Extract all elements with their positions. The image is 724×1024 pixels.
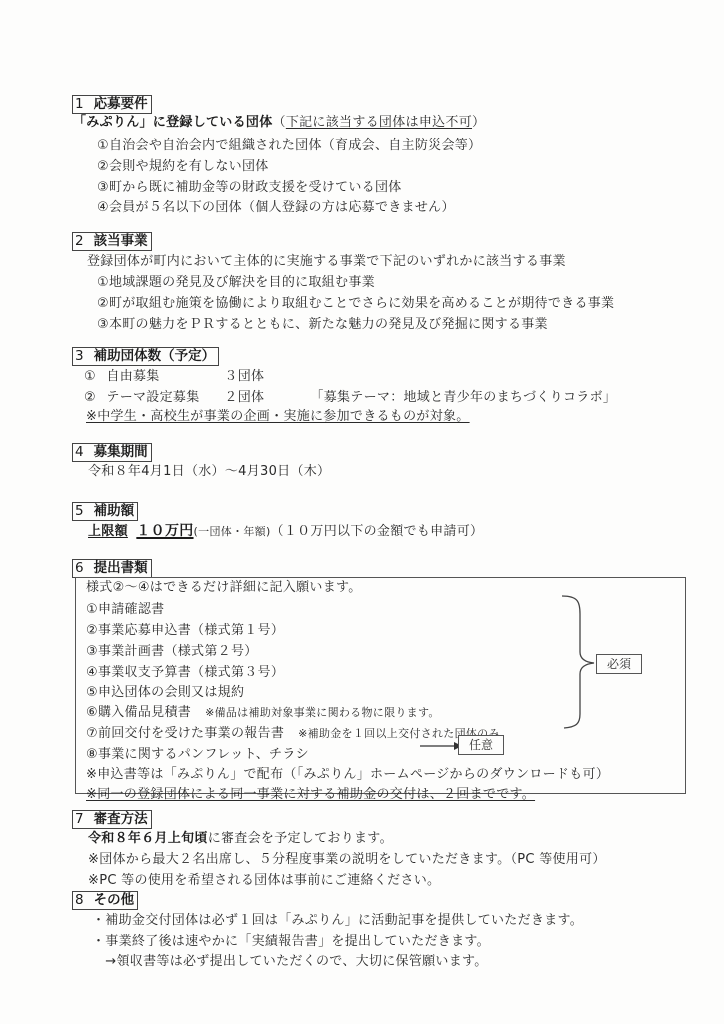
section-title: 募集期間	[94, 444, 148, 460]
document-note: ※備品は補助対象事業に関わる物に限ります。	[205, 706, 440, 719]
subsidy-amount: 上限額 １０万円(一団体・年額)（１０万円以下の金額でも申請可）	[88, 523, 483, 540]
section-number: 3	[75, 348, 84, 364]
section-number: 8	[75, 892, 84, 908]
section-2-lead: 登録団体が町内において主体的に実施する事業で下記のいずれかに該当する事業	[87, 253, 566, 270]
section-title: 審査方法	[94, 811, 148, 827]
section-number: 7	[75, 811, 84, 827]
review-schedule: 令和８年６月上旬頃に審査会を予定しております。	[88, 830, 393, 847]
section-title: その他	[94, 892, 135, 908]
section-number: 4	[75, 444, 84, 460]
row-theme: 「募集テーマ：地域と青少年のまちづくりコラボ」	[310, 390, 616, 405]
review-note: ※団体から最大２名出席し、５分程度事業の説明をしていただきます。（PC 等使用可…	[88, 851, 606, 868]
paren-close: ）	[472, 115, 485, 130]
section-number: 1	[75, 96, 84, 112]
document-item: ③事業計画書（様式第２号）	[86, 643, 258, 660]
document-item: ⑤申込団体の会則又は規約	[86, 684, 244, 701]
lead-note: 下記に該当する団体は申込不可	[286, 115, 472, 130]
row-marker: ①	[84, 369, 96, 384]
list-item: ②会則や規約を有しない団体	[97, 158, 269, 175]
list-item: ①自治会や自治会内で組織された団体（育成会、自主防災会等）	[97, 137, 481, 154]
section-1-lead: 「みぷりん」に登録している団体（下記に該当する団体は申込不可）	[73, 114, 485, 131]
document-text: ⑥購入備品見積書	[86, 705, 191, 720]
document-item: ⑧事業に関するパンフレット、チラシ	[86, 746, 309, 763]
section-number: 6	[75, 560, 84, 576]
list-item: ①地域課題の発見及び解決を目的に取組む事業	[97, 274, 375, 291]
other-bullet: ・事業終了後は速やかに「実績報告書」を提出していただきます。	[92, 933, 490, 950]
document-text: ⑦前回交付を受けた事業の報告書	[86, 726, 284, 741]
recruit-row-theme: ② テーマ設定募集２団体「募集テーマ：地域と青少年のまちづくりコラボ」	[84, 389, 616, 406]
list-item: ③町から既に補助金等の財政支援を受けている団体	[97, 179, 402, 196]
paren-open: （	[273, 115, 286, 130]
document-item: ④事業収支予算書（様式第３号）	[86, 664, 284, 681]
section-title: 該当事業	[94, 233, 148, 249]
row-count: ２団体	[224, 389, 310, 406]
row-label: 自由募集	[106, 368, 224, 385]
section-number: 5	[75, 503, 84, 519]
row-label: テーマ設定募集	[106, 389, 224, 406]
section-8-heading: 8その他	[72, 891, 138, 910]
document-item: ⑥購入備品見積書※備品は補助対象事業に関わる物に限ります。	[86, 704, 440, 721]
section-4-heading: 4募集期間	[72, 443, 152, 462]
list-item: ④会員が５名以下の団体（個人登録の方は応募できません）	[97, 199, 455, 216]
lead-bold: 「みぷりん」に登録している団体	[73, 115, 273, 130]
optional-tag: 任意	[458, 735, 504, 755]
other-bullet: ・補助金交付団体は必ず１回は「みぷりん」に活動記事を提供していただきます。	[92, 912, 583, 929]
section-3-note: ※中学生・高校生が事業の企画・実施に参加できるものが対象。	[86, 408, 470, 425]
limit-note: （１０万円以下の金額でも申請可）	[271, 524, 484, 539]
limit-note: ※同一の登録団体による同一事業に対する補助金の交付は、２回までです。	[86, 786, 535, 803]
section-title: 提出書類	[94, 560, 148, 576]
limit-label: 上限額	[88, 524, 128, 539]
review-text: に審査会を予定しております。	[208, 831, 393, 846]
review-date: 令和８年６月上旬頃	[88, 831, 208, 846]
arrow-right-icon	[420, 740, 462, 752]
section-6-heading: 6提出書類	[72, 559, 152, 578]
section-1-heading: 1応募要件	[72, 95, 152, 114]
list-item: ②町が取組む施策を協働により取組むことでさらに効果を高めることが期待できる事業	[97, 295, 614, 312]
row-count: ３団体	[224, 369, 264, 384]
document-item: ①申請確認書	[86, 601, 164, 618]
section-title: 補助団体数（予定）	[94, 348, 216, 364]
section-number: 2	[75, 233, 84, 249]
recruit-period: 令和８年4月1日（水）～4月30日（木）	[88, 463, 330, 480]
limit-amount: １０万円	[136, 523, 193, 539]
section-title: 応募要件	[94, 96, 148, 112]
list-item: ③本町の魅力をＰＲするとともに、新たな魅力の発見及び発掘に関する事業	[97, 316, 548, 333]
section-3-heading: 3補助団体数（予定）	[72, 347, 219, 366]
documents-intro: 様式②～④はできるだけ詳細に記入願います。	[86, 579, 362, 596]
limit-unit-note: (一団体・年額)	[194, 525, 271, 538]
document-page: 1応募要件 「みぷりん」に登録している団体（下記に該当する団体は申込不可） ①自…	[0, 0, 724, 1024]
required-tag: 必須	[596, 654, 642, 674]
recruit-row-free: ① 自由募集３団体	[84, 368, 264, 385]
curly-brace-icon	[560, 590, 600, 730]
other-bullet: →領収書等は必ず提出していただくので、大切に保管願います。	[92, 953, 488, 970]
distribution-note: ※申込書等は「みぷりん」で配布（「みぷりん」ホームページからのダウンロードも可）	[86, 766, 609, 783]
section-7-heading: 7審査方法	[72, 810, 152, 829]
section-5-heading: 5補助額	[72, 502, 138, 521]
row-marker: ②	[84, 390, 96, 405]
review-note: ※PC 等の使用を希望される団体は事前にご連絡ください。	[88, 872, 440, 889]
section-2-heading: 2該当事業	[72, 232, 152, 251]
section-title: 補助額	[94, 503, 135, 519]
document-item: ②事業応募申込書（様式第１号）	[86, 622, 284, 639]
